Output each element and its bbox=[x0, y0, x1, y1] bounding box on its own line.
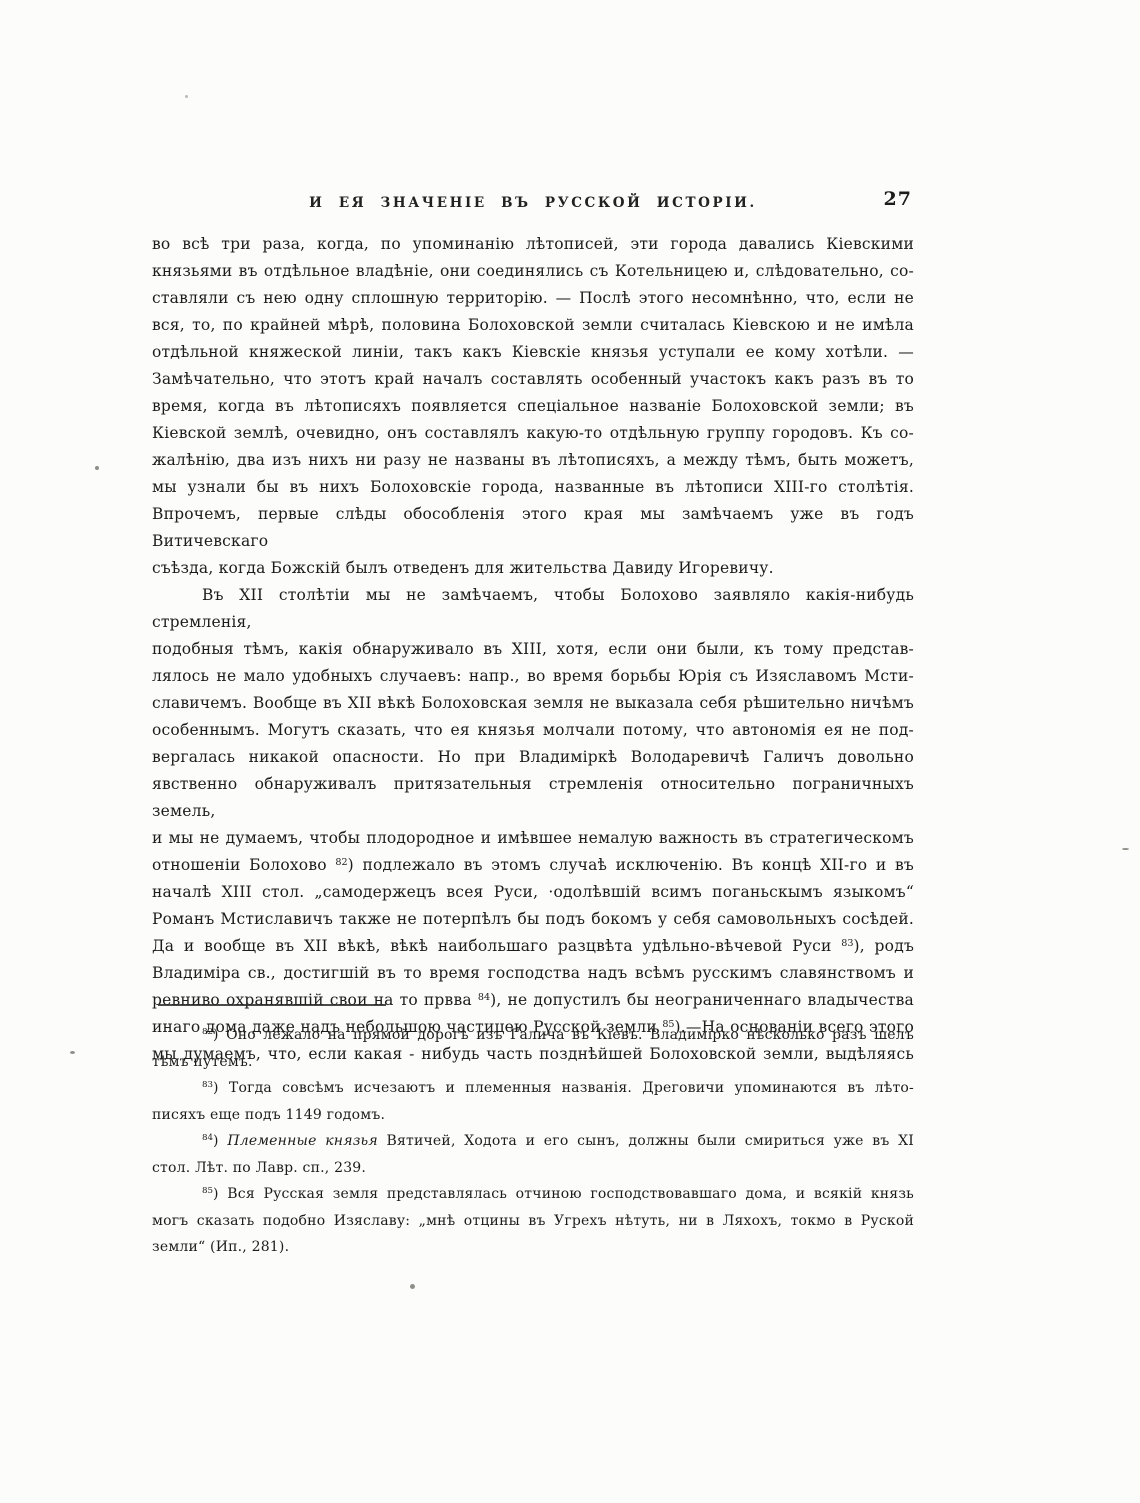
footnote-separator bbox=[158, 1004, 386, 1006]
text-segment: стол. Лѣт. по Лавр. сп., 239. bbox=[152, 1160, 366, 1176]
body-line: Въ XII столѣтіи мы не замѣчаемъ, чтобы Б… bbox=[152, 582, 914, 636]
text-segment: тѣмъ путемъ. bbox=[152, 1054, 253, 1070]
body-line: Владиміра св., достигшій въ то время гос… bbox=[152, 960, 914, 987]
footnote-line: 82) Оно лежало на прямой дорогѣ изъ Гали… bbox=[152, 1022, 914, 1049]
footnote-marker: 82 bbox=[335, 857, 347, 868]
scan-speck bbox=[70, 1051, 75, 1054]
footnote-marker: 84 bbox=[478, 992, 490, 1003]
body-line: во всѣ три раза, когда, по упоминанію лѣ… bbox=[152, 231, 914, 258]
text-segment: время, когда въ лѣтописяхъ появляется сп… bbox=[152, 397, 914, 415]
text-segment: мы узнали бы въ нихъ Болоховскіе города,… bbox=[152, 478, 914, 496]
footnote-line: земли“ (Ип., 281). bbox=[152, 1234, 914, 1261]
body-line: вергалась никакой опасности. Но при Влад… bbox=[152, 744, 914, 771]
text-segment: ) bbox=[213, 1133, 227, 1149]
body-line: явственно обнаруживалъ притязательныя ст… bbox=[152, 771, 914, 825]
body-line: время, когда въ лѣтописяхъ появляется сп… bbox=[152, 393, 914, 420]
text-segment: Замѣчательно, что этотъ край началъ сост… bbox=[152, 370, 914, 388]
body-line: жалѣнію, два изъ нихъ ни разу не названы… bbox=[152, 447, 914, 474]
text-segment: ставляли съ нею одну сплошную территорію… bbox=[152, 289, 914, 307]
text-segment: славичемъ. Вообще въ XII вѣкѣ Болоховска… bbox=[152, 694, 914, 712]
text-segment: Да и вообще въ XII вѣкѣ, вѣкѣ наибольшаг… bbox=[152, 937, 841, 955]
body-line: князьями въ отдѣльное владѣніе, они соед… bbox=[152, 258, 914, 285]
scan-speck bbox=[185, 95, 188, 98]
footnote-marker: 84 bbox=[202, 1133, 213, 1143]
footnote-marker: 83 bbox=[841, 938, 853, 949]
text-segment: особеннымъ. Могутъ сказать, что ея князь… bbox=[152, 721, 914, 739]
text-segment: ) Оно лежало на прямой дорогѣ изъ Галича… bbox=[213, 1027, 914, 1043]
body-line: ставляли съ нею одну сплошную территорію… bbox=[152, 285, 914, 312]
footnote-line: стол. Лѣт. по Лавр. сп., 239. bbox=[152, 1155, 914, 1182]
body-line: съѣзда, когда Божскій былъ отведенъ для … bbox=[152, 555, 914, 582]
scan-speck bbox=[410, 1284, 415, 1289]
text-segment: Владиміра св., достигшій въ то время гос… bbox=[152, 964, 914, 982]
text-segment: князьями въ отдѣльное владѣніе, они соед… bbox=[152, 262, 914, 280]
body-line: началѣ XIII стол. „самодержецъ всея Руси… bbox=[152, 879, 914, 906]
body-line: и мы не думаемъ, чтобы плодородное и имѣ… bbox=[152, 825, 914, 852]
body-line: Замѣчательно, что этотъ край началъ сост… bbox=[152, 366, 914, 393]
footnote-marker: 83 bbox=[202, 1080, 213, 1090]
body-line: Романъ Мстиславичъ также не потерпѣлъ бы… bbox=[152, 906, 914, 933]
scan-speck bbox=[1122, 848, 1129, 850]
footnote-line: тѣмъ путемъ. bbox=[152, 1049, 914, 1076]
scan-speck bbox=[95, 466, 99, 470]
text-segment: Романъ Мстиславичъ также не потерпѣлъ бы… bbox=[152, 910, 914, 928]
body-line: Впрочемъ, первые слѣды обособленія этого… bbox=[152, 501, 914, 555]
body-text: во всѣ три раза, когда, по упоминанію лѣ… bbox=[152, 231, 914, 1068]
text-segment: Впрочемъ, первые слѣды обособленія этого… bbox=[152, 505, 914, 550]
text-segment: подобныя тѣмъ, какія обнаруживало въ XII… bbox=[152, 640, 914, 658]
text-segment: явственно обнаруживалъ притязательныя ст… bbox=[152, 775, 914, 820]
text-segment: ), не допустилъ бы неограниченнаго влады… bbox=[490, 991, 914, 1009]
text-segment: лялось не мало удобныхъ случаевъ: напр.,… bbox=[152, 667, 914, 685]
body-line: отношеніи Болохово 82) подлежало въ этом… bbox=[152, 852, 914, 879]
text-segment: вергалась никакой опасности. Но при Влад… bbox=[152, 748, 914, 766]
footnote-line: 84) Племенные князья Вятичей, Ходота и е… bbox=[152, 1128, 914, 1155]
text-segment: жалѣнію, два изъ нихъ ни разу не названы… bbox=[152, 451, 914, 469]
body-line: отдѣльной княжеской линіи, такъ какъ Кіе… bbox=[152, 339, 914, 366]
text-segment: Въ XII столѣтіи мы не замѣчаемъ, чтобы Б… bbox=[152, 586, 914, 631]
page-number: 27 bbox=[884, 188, 912, 210]
text-segment: отдѣльной княжеской линіи, такъ какъ Кіе… bbox=[152, 343, 914, 361]
text-segment: Кіевской землѣ, очевидно, онъ составлялъ… bbox=[152, 424, 914, 442]
body-line: Да и вообще въ XII вѣкѣ, вѣкѣ наибольшаг… bbox=[152, 933, 914, 960]
footnote-line: 83) Тогда совсѣмъ исчезаютъ и племенныя … bbox=[152, 1075, 914, 1102]
body-line: ревниво охранявшій свои на то првва 84),… bbox=[152, 987, 914, 1014]
emphasized-text: Племенные князья bbox=[227, 1133, 377, 1149]
footnote-marker: 85 bbox=[202, 1186, 213, 1196]
running-header-title: И ЕЯ ЗНАЧЕНІЕ ВЪ РУССКОЙ ИСТОРІИ. bbox=[309, 195, 757, 211]
text-segment: Вятичей, Ходота и его сынъ, должны были … bbox=[378, 1133, 914, 1149]
text-segment: вся, то, по крайней мѣрѣ, половина Болох… bbox=[152, 316, 914, 334]
body-line: особеннымъ. Могутъ сказать, что ея князь… bbox=[152, 717, 914, 744]
text-segment: земли“ (Ип., 281). bbox=[152, 1239, 289, 1255]
text-segment: писяхъ еще подъ 1149 годомъ. bbox=[152, 1107, 385, 1123]
text-segment: началѣ XIII стол. „самодержецъ всея Руси… bbox=[152, 883, 914, 901]
text-segment: и мы не думаемъ, чтобы плодородное и имѣ… bbox=[152, 829, 914, 847]
footnote-marker: 82 bbox=[202, 1027, 213, 1037]
text-segment: ) Вся Русская земля представлялась отчин… bbox=[213, 1186, 914, 1202]
body-line: вся, то, по крайней мѣрѣ, половина Болох… bbox=[152, 312, 914, 339]
footnote-line: 85) Вся Русская земля представлялась отч… bbox=[152, 1181, 914, 1208]
text-segment: ) подлежало въ этомъ случаѣ исключенію. … bbox=[348, 856, 914, 874]
body-line: Кіевской землѣ, очевидно, онъ составлялъ… bbox=[152, 420, 914, 447]
text-segment: ревниво охранявшій свои на то првва bbox=[152, 991, 478, 1009]
text-segment: могъ сказать подобно Изяславу: „мнѣ отци… bbox=[152, 1213, 914, 1229]
running-header: И ЕЯ ЗНАЧЕНІЕ ВЪ РУССКОЙ ИСТОРІИ. 27 bbox=[152, 192, 914, 211]
body-line: подобныя тѣмъ, какія обнаруживало въ XII… bbox=[152, 636, 914, 663]
text-segment: отношеніи Болохово bbox=[152, 856, 335, 874]
book-page: И ЕЯ ЗНАЧЕНІЕ ВЪ РУССКОЙ ИСТОРІИ. 27 во … bbox=[0, 0, 1140, 1503]
footnote-line: писяхъ еще подъ 1149 годомъ. bbox=[152, 1102, 914, 1129]
body-line: славичемъ. Вообще въ XII вѣкѣ Болоховска… bbox=[152, 690, 914, 717]
text-segment: ) Тогда совсѣмъ исчезаютъ и племенныя на… bbox=[213, 1080, 914, 1096]
text-segment: съѣзда, когда Божскій былъ отведенъ для … bbox=[152, 559, 774, 577]
text-segment: во всѣ три раза, когда, по упоминанію лѣ… bbox=[152, 235, 914, 253]
footnotes: 82) Оно лежало на прямой дорогѣ изъ Гали… bbox=[152, 1022, 914, 1261]
body-line: мы узнали бы въ нихъ Болоховскіе города,… bbox=[152, 474, 914, 501]
footnote-line: могъ сказать подобно Изяславу: „мнѣ отци… bbox=[152, 1208, 914, 1235]
text-segment: ), родъ bbox=[853, 937, 914, 955]
body-line: лялось не мало удобныхъ случаевъ: напр.,… bbox=[152, 663, 914, 690]
